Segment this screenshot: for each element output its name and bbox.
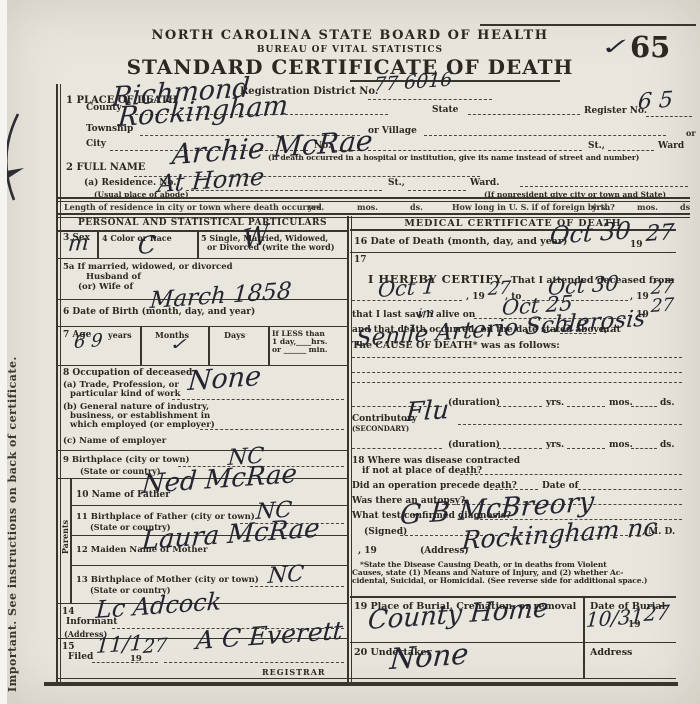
undertaker-address-label: Address — [590, 647, 632, 658]
form-bottom-border — [44, 682, 678, 686]
yrs-label: yrs. — [308, 202, 324, 212]
fill-line — [458, 424, 682, 425]
attended-from-value: Oct 1 — [377, 274, 436, 302]
pen-mark — [0, 34, 6, 44]
duration2-mos-label: mos. — [609, 440, 633, 450]
length-residence-label: Length of residence in city or town wher… — [64, 202, 322, 212]
duration-ds-label: ds. — [660, 398, 675, 408]
color-race-value: C — [137, 231, 157, 260]
fill-line — [468, 114, 580, 115]
duration-label: (duration) — [448, 398, 500, 408]
fill-line — [352, 357, 682, 358]
secondary-label: (SECONDARY) — [352, 424, 409, 433]
filed-number: 15 — [62, 642, 75, 652]
cell-divider — [208, 326, 210, 365]
fill-line — [520, 186, 688, 187]
fill-line — [408, 190, 466, 191]
check-mark: ✓ — [594, 33, 631, 60]
bureau-title: BUREAU OF VITAL STATISTICS — [140, 45, 560, 55]
rule — [58, 230, 347, 232]
mos2-label: mos. — [637, 202, 658, 212]
signed-19-label: , 19 — [358, 546, 377, 556]
fill-line — [646, 116, 692, 117]
item5a-line3: (or) Wife of — [78, 282, 133, 292]
cell-divider — [97, 230, 99, 258]
age-less-line3: or ______ min. — [272, 345, 328, 354]
duration-mos-label: mos. — [609, 398, 633, 408]
ds-label: ds. — [410, 202, 423, 212]
cell-divider — [197, 230, 199, 258]
fill-line — [200, 429, 344, 430]
st-label: St., — [588, 141, 605, 151]
burial-19-label: 19 — [628, 620, 641, 630]
pen-wedge — [0, 166, 26, 188]
fill-line — [498, 448, 542, 449]
marital-label-2: or Divorced (write the word) — [207, 242, 335, 252]
ward-label: Ward — [658, 141, 684, 151]
from-19-label: , 19 — [466, 292, 485, 302]
mother-birthplace-label: 13 Birthplace of Mother (city or town) — [76, 575, 259, 585]
residence-ward-label: Ward. — [470, 178, 499, 188]
sheet-number: 65 — [630, 30, 670, 64]
age-years-value: 6 9 — [73, 330, 103, 353]
saw-year-value: 27 — [650, 294, 674, 317]
dod-year-value: 27 — [645, 220, 675, 247]
duration2-label: (duration) — [448, 440, 500, 450]
burial-year-value: 27 — [643, 600, 670, 626]
rule — [350, 252, 676, 253]
parents-label: Parents — [60, 478, 70, 596]
father-name-value: Ned McRae — [141, 459, 298, 500]
contributory-value: Flu — [405, 395, 450, 428]
item-17-number: 17 — [354, 255, 367, 265]
informant-number: 14 — [62, 607, 75, 617]
death-certificate-scan: Important. See instructions on back of c… — [0, 0, 700, 704]
occupation-label: 8 Occupation of deceased — [63, 368, 192, 378]
occupation-c: (c) Name of employer — [63, 436, 166, 446]
sex-value: m — [67, 230, 90, 257]
date-of-death-label: 16 Date of Death (month, day, and year) — [354, 236, 567, 247]
yrs2-label: yrs. — [592, 202, 608, 212]
margin-note: Important. See instructions on back of c… — [6, 192, 19, 692]
item5a-line2: Husband of — [86, 272, 141, 282]
cell-divider — [583, 596, 585, 678]
fill-line — [368, 150, 582, 151]
filed-label: Filed — [68, 652, 93, 662]
residence-st-label: St., — [388, 178, 405, 188]
occupation-b3: which employed (or employer) — [70, 420, 215, 430]
rule — [480, 24, 696, 26]
fill-line — [352, 448, 442, 449]
foreign-birth-label: How long in U. S. if of foreign birth? — [452, 202, 615, 212]
duration2-ds-label: ds. — [660, 440, 675, 450]
mos-label: mos. — [357, 202, 378, 212]
fill-line — [368, 99, 492, 100]
fill-line — [567, 448, 605, 449]
fill-line — [352, 382, 682, 383]
register-no-value: 6 5 — [637, 87, 674, 115]
rule — [70, 505, 347, 506]
rule — [58, 326, 347, 327]
certificate-title: STANDARD CERTIFICATE OF DEATH — [120, 55, 580, 79]
personal-title: PERSONAL AND STATISTICAL PARTICULARS — [58, 218, 347, 228]
fill-line — [608, 150, 654, 151]
undertaker-value: None — [389, 636, 470, 676]
birthplace-label: 9 Birthplace (city or town) — [63, 455, 190, 465]
occupation-a2: particular kind of work — [70, 389, 180, 399]
or-label: or — [686, 128, 696, 138]
item5a-line1: 5a If married, widowed, or divorced — [63, 262, 233, 272]
marital-value: W — [242, 219, 269, 256]
mother-birthplace-value: NC — [267, 561, 305, 589]
footnote-line3: cidental, Suicidal, or Homicidal. (See r… — [352, 576, 647, 585]
duration2-yrs-label: yrs. — [546, 440, 564, 450]
fill-line — [172, 399, 344, 400]
duration-yrs-label: yrs. — [546, 398, 564, 408]
fill-line — [498, 406, 542, 407]
column-divider — [347, 216, 352, 686]
to-19-label: , 19 — [630, 292, 649, 302]
fill-line — [631, 406, 657, 407]
fill-line — [631, 448, 657, 449]
registrar-label: REGISTRAR — [262, 667, 326, 677]
pen-stroke — [0, 112, 22, 204]
occupation-value: None — [187, 361, 262, 397]
rule — [58, 258, 347, 259]
fill-line — [352, 300, 462, 301]
board-title: NORTH CAROLINA STATE BOARD OF HEALTH — [140, 28, 560, 43]
burial-place-value: County Home — [367, 593, 549, 636]
dod-19-label: 19 — [630, 240, 643, 250]
state-label: State — [432, 105, 458, 115]
registrar-signature: A C Everett — [195, 616, 344, 655]
or-village-label: or Village — [368, 126, 417, 136]
rule — [56, 678, 676, 679]
ds2-label: ds — [680, 202, 690, 212]
cell-divider — [140, 326, 142, 365]
city-label: City — [86, 139, 106, 149]
disease-contracted-label-1: 18 Where was disease contracted — [352, 456, 520, 466]
filed-year-value: 27 — [142, 634, 168, 658]
full-name-value: Archie McRae — [171, 124, 374, 171]
full-name-label: 2 FULL NAME — [66, 162, 145, 173]
age-years-label: years — [108, 330, 132, 340]
color-race-label: 4 Color or Race — [102, 233, 172, 243]
age-days-label: Days — [224, 330, 245, 340]
fill-line — [567, 406, 605, 407]
fill-line — [352, 372, 682, 373]
date-of-death-value: Oct 30 — [549, 216, 632, 250]
registration-district-value: 77 6016 — [373, 68, 453, 96]
rule — [58, 450, 347, 451]
fill-line — [92, 662, 158, 663]
rule — [70, 565, 347, 566]
fill-line — [424, 135, 666, 136]
age-months-value: ✓ — [166, 334, 190, 354]
dob-value: March 1858 — [149, 278, 292, 314]
fill-line — [460, 474, 682, 475]
cell-divider — [268, 326, 270, 365]
fill-line — [164, 662, 344, 663]
filed-19-label: 19 — [130, 654, 142, 664]
parents-divider — [70, 478, 72, 603]
